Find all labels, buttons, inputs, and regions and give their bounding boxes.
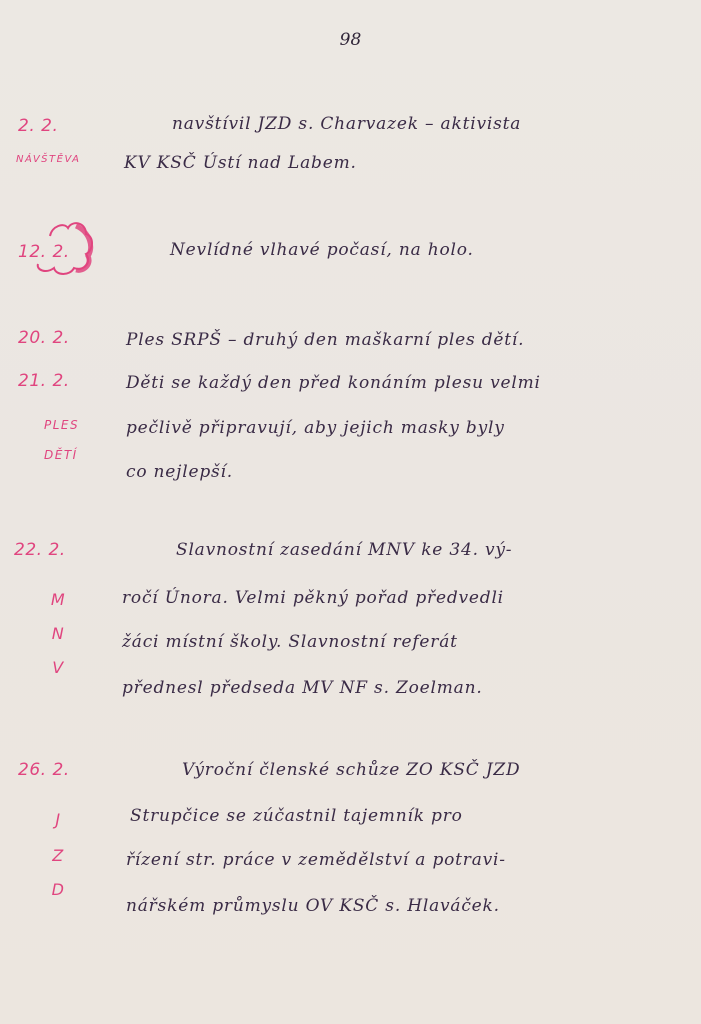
- entry-line: nářském průmyslu OV KSČ s. Hlaváček.: [126, 896, 500, 916]
- entry-line: přednesl předseda MV NF s. Zoelman.: [122, 678, 483, 698]
- entry-line: co nejlepší.: [126, 462, 233, 482]
- margin-label-navsteva: NÁVŠTĚVA: [16, 154, 80, 165]
- margin-letter: Z: [48, 846, 68, 865]
- margin-letter: M: [48, 590, 68, 609]
- entry-line: Slavnostní zasedání MNV ke 34. vý-: [176, 540, 512, 560]
- entry-line: Strupčice se zúčastnil tajemník pro: [130, 806, 463, 826]
- margin-label-deti: DĚTÍ: [44, 448, 78, 462]
- entry-line: žáci místní školy. Slavnostní referát: [122, 632, 458, 652]
- entry-line: navštívil JZD s. Charvazek – aktivista: [172, 114, 521, 134]
- entry-date-2: 21. 2.: [18, 371, 70, 391]
- margin-label-ples: PLES: [44, 418, 79, 432]
- entry-line: KV KSČ Ústí nad Labem.: [124, 153, 357, 173]
- margin-letter: D: [48, 880, 68, 899]
- entry-date: 20. 2.: [18, 328, 70, 348]
- entry-line: ročí Února. Velmi pěkný pořad předvedli: [122, 588, 504, 608]
- entry-line: Nevlídné vlhavé počasí, na holo.: [170, 240, 474, 260]
- entry-line: řízení str. práce v zemědělství a potrav…: [126, 850, 506, 870]
- entry-line: Děti se každý den před konáním plesu vel…: [126, 373, 541, 393]
- entry-date: 26. 2.: [18, 760, 70, 780]
- entry-line: Ples SRPŠ – druhý den maškarní ples dětí…: [126, 330, 524, 350]
- margin-letter: J: [48, 810, 68, 829]
- entry-date: 2. 2.: [18, 116, 58, 136]
- margin-letter: V: [48, 658, 68, 677]
- entry-date: 22. 2.: [14, 540, 66, 560]
- entry-line: Výroční členské schůze ZO KSČ JZD: [182, 760, 520, 780]
- chronicle-page: 98 2. 2. NÁVŠTĚVA navštívil JZD s. Charv…: [0, 0, 701, 1024]
- entry-date: 12. 2.: [18, 242, 70, 262]
- entry-line: pečlivě připravují, aby jejich masky byl…: [126, 418, 505, 438]
- margin-letter: N: [48, 624, 68, 643]
- page-number: 98: [0, 30, 701, 50]
